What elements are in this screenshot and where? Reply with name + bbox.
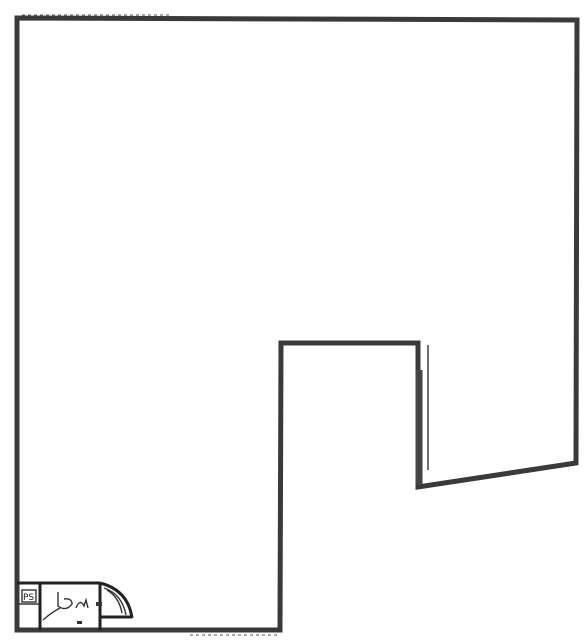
utility-room: PS bbox=[17, 583, 132, 630]
toilet-icon bbox=[58, 592, 72, 609]
sink-icon bbox=[76, 600, 88, 608]
floor-drain-icon bbox=[77, 621, 82, 624]
floor-plan: PS bbox=[0, 0, 586, 640]
floor-plan-drawing: PS bbox=[0, 0, 586, 640]
outer-wall bbox=[17, 18, 577, 630]
pipe-space-label: PS bbox=[23, 593, 34, 603]
utility-curved-inner bbox=[104, 588, 126, 615]
wall-fixture-icon bbox=[96, 602, 102, 606]
door-swing-icon bbox=[43, 608, 60, 620]
